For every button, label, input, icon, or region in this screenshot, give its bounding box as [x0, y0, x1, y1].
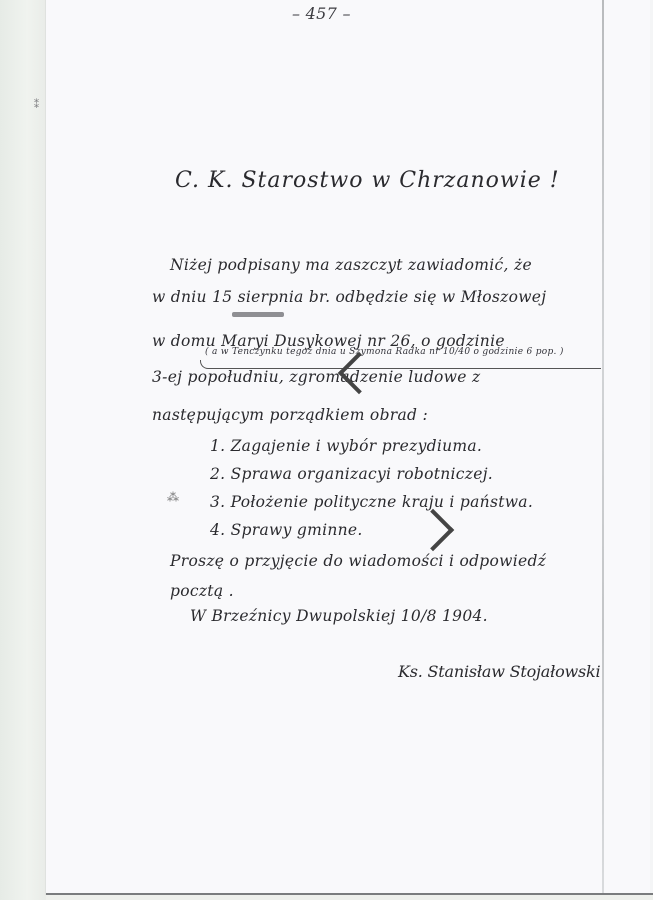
ink-smudge: ⁂ — [167, 490, 179, 504]
agenda-item-3: 3. Położenie polityczne kraju i państwa. — [210, 493, 533, 511]
body-line-4: 3-ej popołudniu, zgromadzenie ludowe z — [152, 368, 480, 386]
place-and-date: W Brzeźnicy Dwupolskiej 10/8 1904. — [190, 607, 488, 625]
scanner-margin — [0, 0, 46, 900]
closing-line-1: Proszę o przyjęcie do wiadomości i odpow… — [170, 552, 546, 570]
agenda-item-4: 4. Sprawy gminne. — [210, 521, 363, 539]
insertion-note: ( a w Tenczynku tegoż dnia u Szymona Rad… — [205, 347, 564, 357]
page-fold-line — [602, 0, 604, 893]
agenda-item-1: 1. Zagajenie i wybór prezydiuma. — [210, 437, 482, 455]
salutation-heading: C. K. Starostwo w Chrzanowie ! — [175, 168, 560, 193]
signature: Ks. Stanisław Stojałowski — [398, 662, 600, 681]
body-line-1: Niżej podpisany ma zaszczyt zawiadomić, … — [170, 256, 532, 274]
agenda-item-2: 2. Sprawa organizacyi robotniczej. — [210, 465, 493, 483]
page-number: – 457 – — [292, 4, 351, 23]
body-line-5: następującym porządkiem obrad : — [152, 406, 428, 424]
date-underline — [232, 312, 284, 317]
closing-line-2: pocztą . — [170, 582, 234, 600]
body-line-2: w dniu 15 sierpnia br. odbędzie się w Mł… — [152, 288, 546, 306]
margin-mark: ⁑ — [34, 100, 39, 111]
